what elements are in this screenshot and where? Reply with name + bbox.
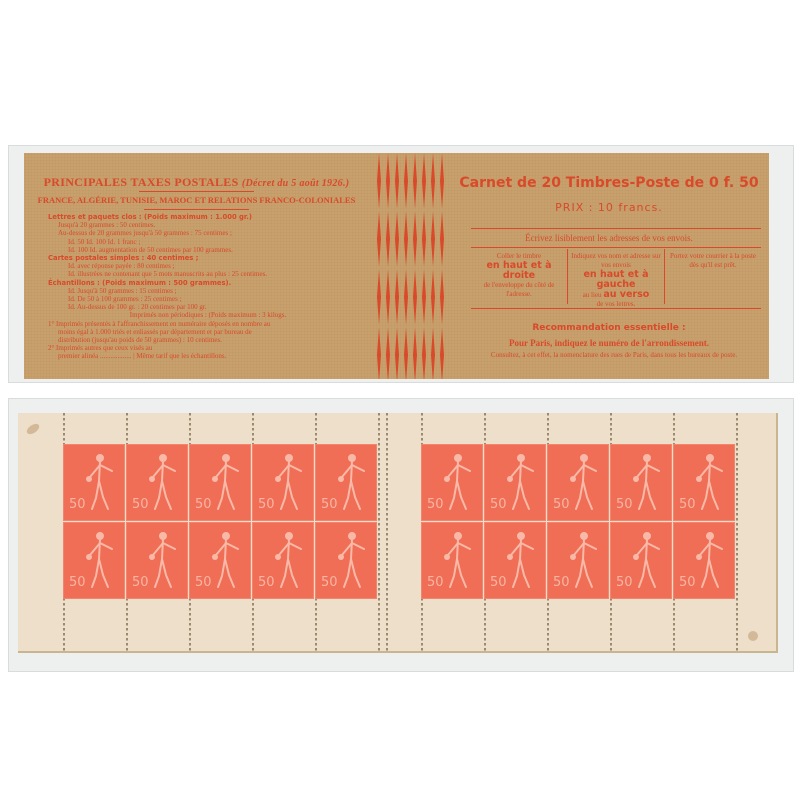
spine-ornament [369, 153, 449, 379]
stamp: 50 [422, 445, 482, 520]
stamp-value: 50 [427, 497, 444, 512]
stamp-value: 50 [490, 575, 507, 590]
sower-figure-icon [273, 531, 305, 591]
sower-figure-icon [84, 531, 116, 591]
stamp-value: 50 [321, 497, 338, 512]
cover-back-panel: PRINCIPALES TAXES POSTALES (Décret du 5 … [24, 153, 369, 379]
decree-date: (Décret du 5 août 1926.) [242, 178, 349, 189]
stamp-value: 50 [553, 497, 570, 512]
divider [144, 209, 249, 210]
tax-line: Cartes postales simples : 40 centimes ; [48, 254, 368, 262]
tax-line: Id. De 50 à 100 grammes : 25 centimes ; [48, 295, 368, 303]
perforation [378, 413, 380, 651]
tax-line: 1° Imprimés présentés à l'affranchisseme… [48, 320, 368, 328]
tax-line: Id. 100 Id. augmentation de 50 centimes … [48, 246, 368, 254]
tax-line: Id. Au-dessus de 100 gr. : 20 centimes p… [48, 303, 368, 311]
sower-figure-icon [147, 453, 179, 513]
paper-stain [25, 422, 41, 437]
booklet-spine [369, 153, 449, 379]
stamp-block-left: 50505050505050505050 [64, 445, 376, 598]
paper-stain [748, 631, 758, 641]
stamp: 50 [485, 523, 545, 598]
tax-line: Lettres et paquets clos : (Poids maximum… [48, 213, 368, 221]
stamp-value: 50 [553, 575, 570, 590]
stamp: 50 [190, 523, 250, 598]
booklet-cover: PRINCIPALES TAXES POSTALES (Décret du 5 … [24, 153, 769, 379]
sower-figure-icon [694, 453, 726, 513]
sower-figure-icon [568, 531, 600, 591]
address-instruction: Écrivez lisiblement les adresses de vos … [449, 233, 769, 243]
stamp-value: 50 [616, 497, 633, 512]
stamp: 50 [64, 523, 124, 598]
stamp-value: 50 [69, 497, 86, 512]
tax-line: Au-dessus de 20 grammes jusqu'à 50 gramm… [48, 229, 368, 237]
stamp-value: 50 [679, 575, 696, 590]
stamp: 50 [674, 523, 734, 598]
stamp-value: 50 [258, 575, 275, 590]
booklet-price: PRIX : 10 francs. [449, 201, 769, 214]
stamp-block-right: 50505050505050505050 [422, 445, 734, 598]
sower-figure-icon [210, 453, 242, 513]
stamp: 50 [316, 523, 376, 598]
taxes-subtitle: FRANCE, ALGÉRIE, TUNISIE, MAROC ET RELAT… [24, 195, 369, 205]
stamp: 50 [253, 445, 313, 520]
divider [471, 308, 761, 309]
consult-text: Consultez, à cet effet, la nomenclature … [469, 351, 759, 359]
recommendation-title: Recommandation essentielle : [449, 323, 769, 333]
stamp-value: 50 [616, 575, 633, 590]
stamp-value: 50 [195, 497, 212, 512]
stamp: 50 [316, 445, 376, 520]
sower-figure-icon [210, 531, 242, 591]
stamp: 50 [422, 523, 482, 598]
taxes-title: PRINCIPALES TAXES POSTALES (Décret du 5 … [24, 175, 369, 190]
stamp: 50 [611, 445, 671, 520]
instruction-col-post: Portez votre courrier à la poste dès qu'… [664, 249, 761, 304]
sower-figure-icon [505, 453, 537, 513]
stamp: 50 [64, 445, 124, 520]
stamp: 50 [611, 523, 671, 598]
sower-figure-icon [694, 531, 726, 591]
sower-figure-icon [631, 531, 663, 591]
sower-figure-icon [84, 453, 116, 513]
tax-line: Id. 50 Id. 100 Id. 1 franc ; [48, 238, 368, 246]
stamp-value: 50 [132, 575, 149, 590]
sower-figure-icon [568, 453, 600, 513]
stamp: 50 [127, 523, 187, 598]
sower-figure-icon [336, 453, 368, 513]
stamp-value: 50 [195, 575, 212, 590]
sower-figure-icon [336, 531, 368, 591]
tax-line: Id. Jusqu'à 50 grammes : 15 centimes ; [48, 287, 368, 295]
stamp-value: 50 [132, 497, 149, 512]
sower-figure-icon [442, 453, 474, 513]
stamp-value: 50 [258, 497, 275, 512]
tax-line: 2° Imprimés autres que ceux visés au [48, 344, 368, 352]
sower-figure-icon [442, 531, 474, 591]
stamp: 50 [548, 523, 608, 598]
stamp-value: 50 [427, 575, 444, 590]
tax-line: Id. avec réponse payée : 80 centimes ; [48, 262, 368, 270]
divider [471, 228, 761, 229]
recommendation-text: Pour Paris, indiquez le numéro de l'arro… [449, 338, 769, 348]
tax-line: Jusqu'à 20 grammes : 50 centimes. [48, 221, 368, 229]
instruction-col-sender: Indiquez vos nom et adresse sur vos envo… [567, 249, 664, 304]
stamp-value: 50 [69, 575, 86, 590]
stamp: 50 [253, 523, 313, 598]
divider [471, 247, 761, 248]
stamp: 50 [485, 445, 545, 520]
perforation [736, 413, 738, 651]
tax-rate-list: Lettres et paquets clos : (Poids maximum… [48, 213, 368, 361]
tax-line: moins égal à 1.000 triés et enliassés pa… [48, 328, 368, 336]
sower-figure-icon [631, 453, 663, 513]
stamp-value: 50 [490, 497, 507, 512]
stamp: 50 [548, 445, 608, 520]
tax-line: premier alinéa .................. | Même… [48, 352, 368, 360]
stamp-pane: 50505050505050505050 5050505050505050505… [18, 413, 778, 653]
stamp-value: 50 [321, 575, 338, 590]
stamp: 50 [190, 445, 250, 520]
sower-figure-icon [273, 453, 305, 513]
instruction-col-stamp: Coller le timbre en haut et à droite de … [471, 249, 567, 304]
tax-line: Id. illustrées ne contenant que 5 mots m… [48, 270, 368, 278]
perforation [386, 413, 388, 651]
stamp-value: 50 [679, 497, 696, 512]
tax-line: distribution (jusqu'au poids de 50 gramm… [48, 336, 368, 344]
stamp: 50 [674, 445, 734, 520]
tax-line: Échantillons : (Poids maximum : 500 gram… [48, 279, 368, 287]
divider [139, 191, 254, 192]
sower-figure-icon [147, 531, 179, 591]
sower-figure-icon [505, 531, 537, 591]
stamp: 50 [127, 445, 187, 520]
instruction-columns: Coller le timbre en haut et à droite de … [471, 249, 761, 304]
tax-line: Imprimés non périodiques : (Poids maximu… [48, 311, 368, 319]
cover-front-panel: Carnet de 20 Timbres-Poste de 0 f. 50 PR… [449, 153, 769, 379]
booklet-title: Carnet de 20 Timbres-Poste de 0 f. 50 [449, 175, 769, 191]
